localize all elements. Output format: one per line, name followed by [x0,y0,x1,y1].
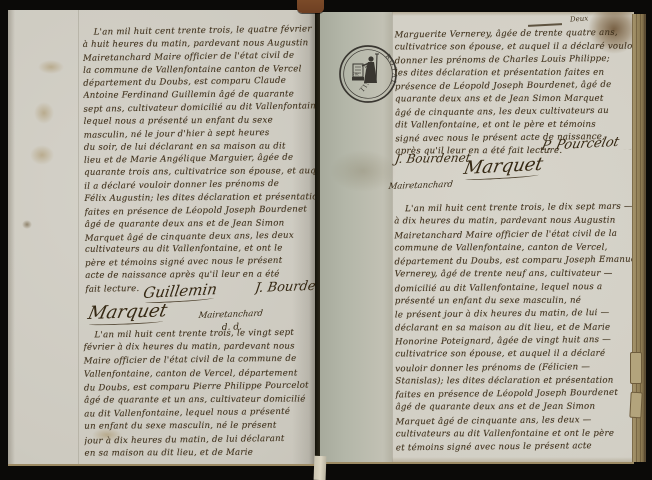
signature-mairetanchard: Mairetanchard [388,180,453,192]
signature-bourdenet: J. Bourdenet [254,278,318,296]
handwritten-line: cultivatrice son épouse, et auquel il a … [395,348,634,362]
timbre-royal-stamp: TIMBRE ROYAL 70c [337,43,399,105]
foxing-spot [38,60,64,74]
signature-guillemin: Guillemin [142,280,218,302]
handwritten-line: âgé de quarante deux ans et de Jean Simo… [396,401,634,415]
binding-ribbon [314,456,327,480]
signature-mairetanchard: Mairetanchard [198,309,263,321]
handwritten-line: à dix heures du matin, pardevant nous Au… [394,215,634,229]
signature-bourdenet: J. Bourdenet [394,151,472,166]
inserted-word: Deux [570,14,589,23]
foxing-spot [22,220,32,229]
signature-marquet: Marquet [86,300,169,324]
left-page: L'an mil huit cent trente trois, le quat… [8,10,318,466]
gutter-shadow [315,10,320,464]
strikethrough-mark [528,23,562,26]
signature-marquet: Marquet [462,154,545,179]
right-page: TIMBRE ROYAL 70c Deux Marguerite Vernere… [318,12,634,464]
book-spine-top [297,0,324,13]
foxing-spot [34,102,54,124]
register-scan: L'an mil huit cent trente trois, le quat… [0,0,652,480]
margin-rule-line [78,10,79,464]
handwritten-line: et témoins signé avec nous le présent ac… [396,440,634,456]
birth-act-february-27: L'an mil huit cent trente trois, le ving… [83,327,318,461]
ghost-stamp-stain [330,150,396,192]
handwritten-line: le présent jour à dix heures du matin, d… [395,307,634,323]
handwritten-line: en sa maison au dit lieu, et de Marie [84,446,318,460]
birth-act-february-4: L'an mil huit cent trente trois, le quat… [83,24,318,296]
page-corner-flap [629,392,642,419]
stamp-value: 70c [353,72,360,77]
foxing-spot [30,145,54,165]
birth-act-march-17: L'an mil huit cent trente trois, le dix … [394,201,634,455]
page-corner-flap [630,352,642,384]
